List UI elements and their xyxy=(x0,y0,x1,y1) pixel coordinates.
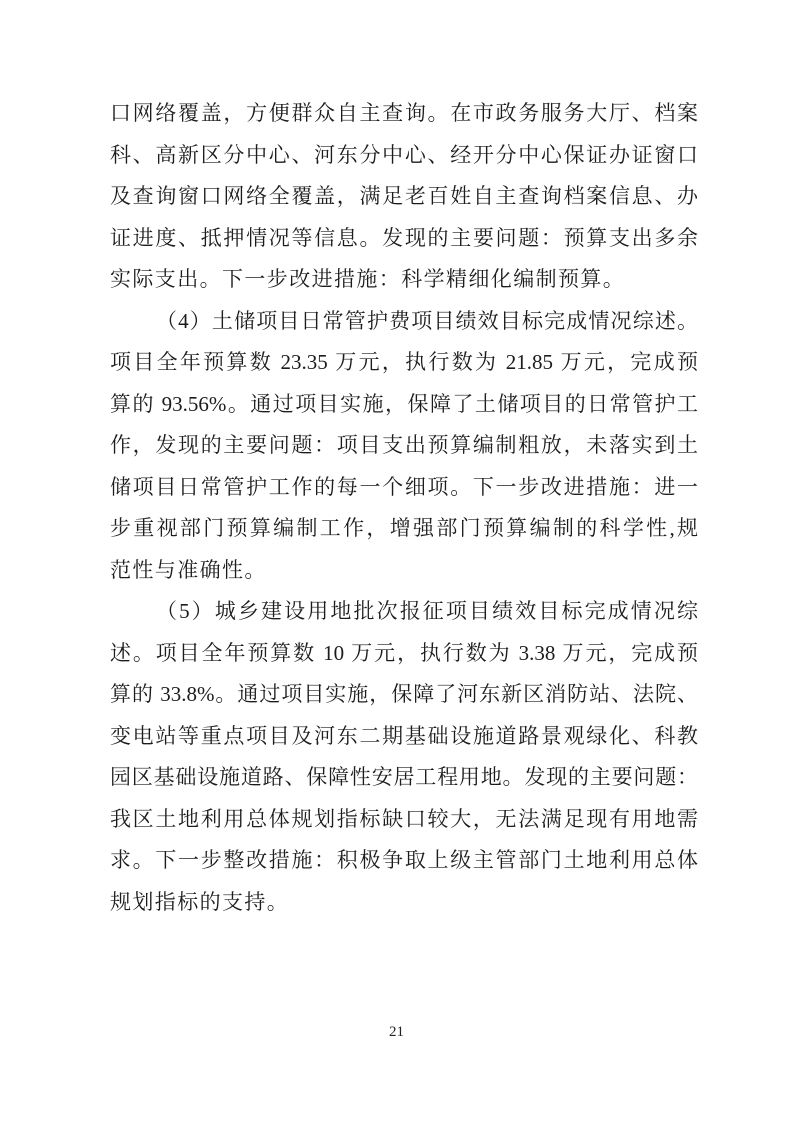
text-line: （4）土储项目日常管护费项目绩效目标完成情况综述。 xyxy=(110,301,698,343)
text-line: 算的 33.8%。通过项目实施，保障了河东新区消防站、法院、 xyxy=(110,674,698,716)
paragraph-continuation: 口网络覆盖，方便群众自主查询。在市政务服务大厅、档案 科、高新区分中心、河东分中… xyxy=(110,93,698,301)
document-page: 口网络覆盖，方便群众自主查询。在市政务服务大厅、档案 科、高新区分中心、河东分中… xyxy=(0,0,793,1122)
page-body: 口网络覆盖，方便群众自主查询。在市政务服务大厅、档案 科、高新区分中心、河东分中… xyxy=(110,93,698,923)
text-line: 求。下一步整改措施：积极争取上级主管部门土地利用总体 xyxy=(110,840,698,882)
text-line: 项目全年预算数 23.35 万元，执行数为 21.85 万元，完成预 xyxy=(110,342,698,384)
text-line: 及查询窗口网络全覆盖，满足老百姓自主查询档案信息、办 xyxy=(110,176,698,218)
text-line: 实际支出。下一步改进措施：科学精细化编制预算。 xyxy=(110,259,698,301)
text-line: （5）城乡建设用地批次报征项目绩效目标完成情况综 xyxy=(110,591,698,633)
text-line: 口网络覆盖，方便群众自主查询。在市政务服务大厅、档案 xyxy=(110,93,698,135)
paragraph-item-5: （5）城乡建设用地批次报征项目绩效目标完成情况综 述。项目全年预算数 10 万元… xyxy=(110,591,698,923)
text-line: 科、高新区分中心、河东分中心、经开分中心保证办证窗口 xyxy=(110,135,698,177)
text-line: 范性与准确性。 xyxy=(110,550,698,592)
text-line: 步重视部门预算编制工作，增强部门预算编制的科学性,规 xyxy=(110,508,698,550)
text-line: 储项目日常管护工作的每一个细项。下一步改进措施：进一 xyxy=(110,467,698,509)
text-line: 述。项目全年预算数 10 万元，执行数为 3.38 万元，完成预 xyxy=(110,633,698,675)
text-line: 作，发现的主要问题：项目支出预算编制粗放，未落实到土 xyxy=(110,425,698,467)
text-line: 变电站等重点项目及河东二期基础设施道路景观绿化、科教 xyxy=(110,716,698,758)
text-line: 我区土地利用总体规划指标缺口较大，无法满足现有用地需 xyxy=(110,799,698,841)
text-line: 证进度、抵押情况等信息。发现的主要问题：预算支出多余 xyxy=(110,218,698,260)
text-line: 园区基础设施道路、保障性安居工程用地。发现的主要问题： xyxy=(110,757,698,799)
text-line: 规划指标的支持。 xyxy=(110,882,698,924)
text-line: 算的 93.56%。通过项目实施，保障了土储项目的日常管护工 xyxy=(110,384,698,426)
page-number: 21 xyxy=(0,1024,793,1041)
paragraph-item-4: （4）土储项目日常管护费项目绩效目标完成情况综述。 项目全年预算数 23.35 … xyxy=(110,301,698,592)
